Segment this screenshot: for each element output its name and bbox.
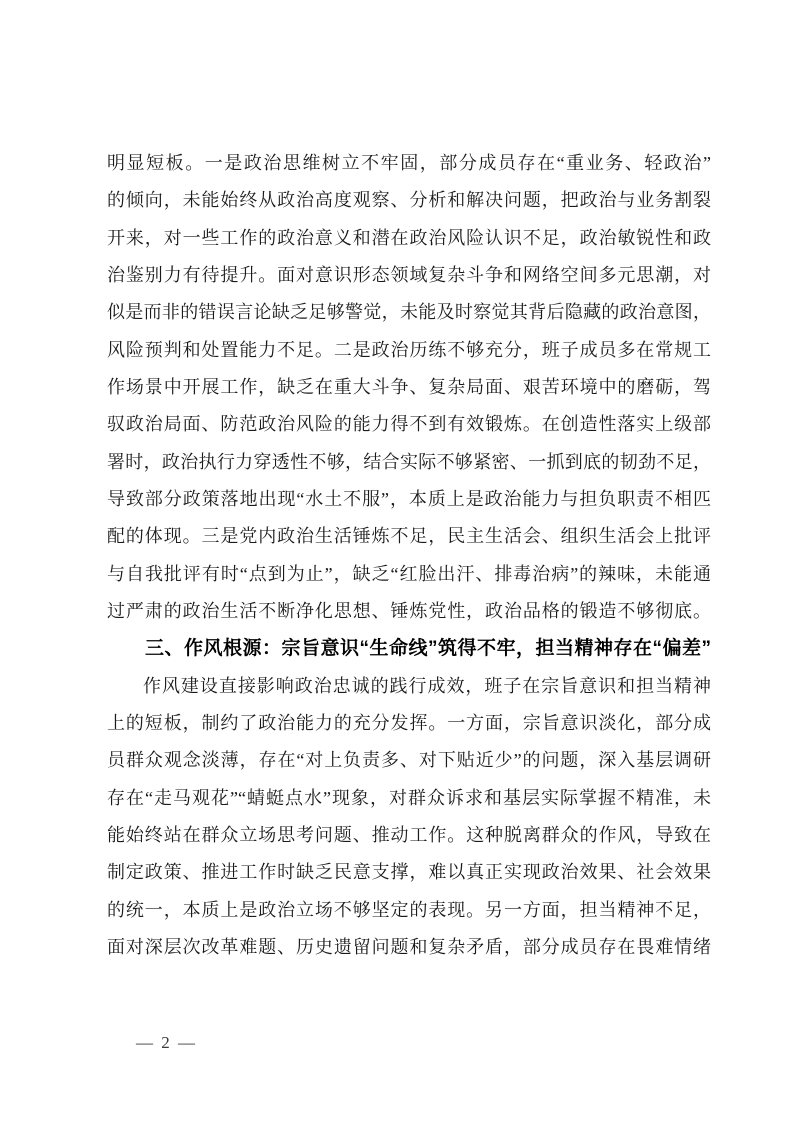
text-line: 与自我批评有时“点到为止”，缺乏“红脸出汗、排毒治病”的辣味，未能通: [107, 556, 711, 593]
text-line: 似是而非的错误言论缺乏足够警觉，未能及时察觉其背后隐藏的政治意图，: [107, 294, 711, 331]
text-line: 明显短板。一是政治思维树立不牢固，部分成员存在“重业务、轻政治”: [107, 145, 711, 182]
text-line: 导致部分政策落地出现“水土不服”，本质上是政治能力与担负职责不相匹: [107, 481, 711, 518]
text-line: 过严肃的政治生活不断净化思想、锤炼党性，政治品格的锻造不够彻底。: [107, 593, 711, 630]
page-number: — 2 —: [136, 1031, 197, 1055]
text-line: 开来，对一些工作的政治意义和潜在政治风险认识不足，政治敏锐性和政: [107, 220, 711, 257]
text-line: 作风建设直接影响政治忠诚的践行成效，班子在宗旨意识和担当精神: [107, 668, 711, 705]
text-line: 的倾向，未能始终从政治高度观察、分析和解决问题，把政治与业务割裂: [107, 182, 711, 219]
text-line: 作场景中开展工作，缺乏在重大斗争、复杂局面、艰苦环境中的磨砺，驾: [107, 369, 711, 406]
text-line: 面对深层次改革难题、历史遗留问题和复杂矛盾，部分成员存在畏难情绪: [107, 929, 711, 966]
text-line: 驭政治局面、防范政治风险的能力得不到有效锻炼。在创造性落实上级部: [107, 406, 711, 443]
document-body: 明显短板。一是政治思维树立不牢固，部分成员存在“重业务、轻政治”的倾向，未能始终…: [107, 145, 711, 966]
text-line: 员群众观念淡薄，存在“对上负责多、对下贴近少”的问题，深入基层调研: [107, 742, 711, 779]
text-line: 制定政策、推进工作时缺乏民意支撑，难以真正实现政治效果、社会效果: [107, 854, 711, 891]
text-line: 治鉴别力有待提升。面对意识形态领域复杂斗争和网络空间多元思潮，对: [107, 257, 711, 294]
text-line: 署时，政治执行力穿透性不够，结合实际不够紧密、一抓到底的韧劲不足，: [107, 444, 711, 481]
text-line: 的统一，本质上是政治立场不够坚定的表现。另一方面，担当精神不足，: [107, 892, 711, 929]
text-line: 能始终站在群众立场思考问题、推动工作。这种脱离群众的作风，导致在: [107, 817, 711, 854]
text-line: 风险预判和处置能力不足。二是政治历练不够充分，班子成员多在常规工: [107, 332, 711, 369]
section-heading: 三、作风根源：宗旨意识“生命线”筑得不牢，担当精神存在“偏差”: [107, 630, 711, 667]
text-line: 配的体现。三是党内政治生活锤炼不足，民主生活会、组织生活会上批评: [107, 518, 711, 555]
text-line: 存在“走马观花”“蜻蜓点水”现象，对群众诉求和基层实际掌握不精准，未: [107, 780, 711, 817]
document-page: 明显短板。一是政治思维树立不牢固，部分成员存在“重业务、轻政治”的倾向，未能始终…: [0, 0, 793, 1122]
text-line: 上的短板，制约了政治能力的充分发挥。一方面，宗旨意识淡化，部分成: [107, 705, 711, 742]
